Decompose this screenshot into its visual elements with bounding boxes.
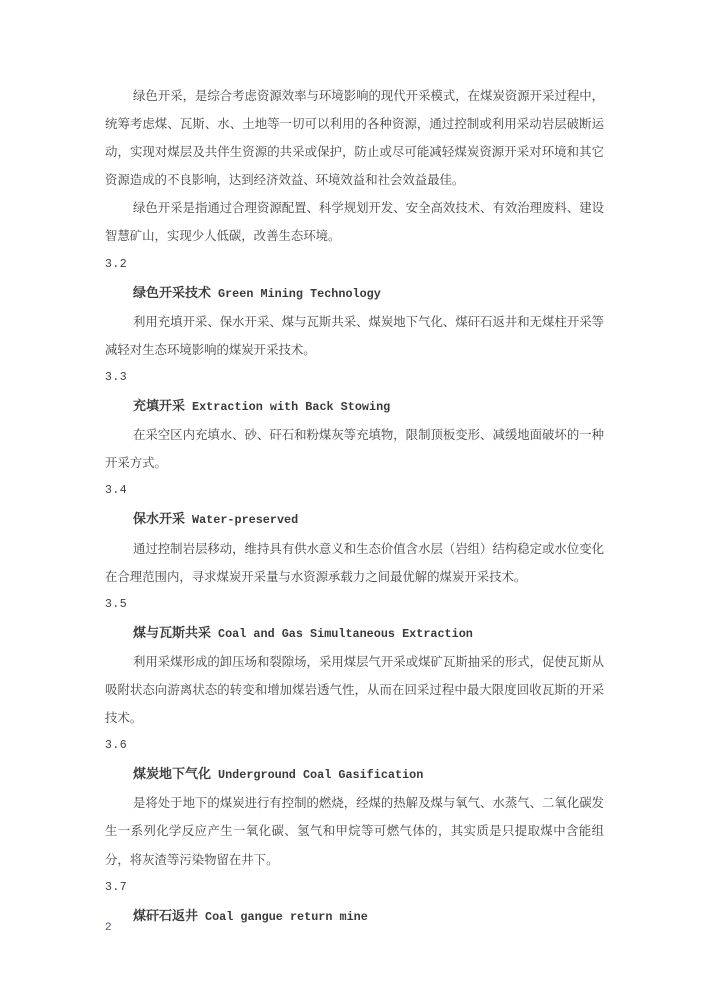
term-heading: 煤与瓦斯共采Coal and Gas Simultaneous Extracti… [105, 619, 604, 648]
term-en: Coal and Gas Simultaneous Extraction [218, 627, 473, 641]
section-3-4: 3.4 保水开采Water-preserved 通过控制岩层移动，维持具有供水意… [105, 477, 604, 590]
section-number: 3.6 [105, 732, 604, 760]
section-number: 3.3 [105, 364, 604, 392]
definition-paragraph: 是将处于地下的煤炭进行有控制的燃烧，经煤的热解及煤与氧气、水蒸气、二氧化碳发生一… [105, 789, 604, 873]
section-number: 3.5 [105, 591, 604, 619]
term-en: Extraction with Back Stowing [192, 400, 390, 414]
term-en: Water-preserved [192, 513, 298, 527]
definition-paragraph: 利用采煤形成的卸压场和裂隙场，采用煤层气开采或煤矿瓦斯抽采的形式，促使瓦斯从吸附… [105, 648, 604, 732]
section-3-2: 3.2 绿色开采技术Green Mining Technology 利用充填开采… [105, 251, 604, 364]
section-3-6: 3.6 煤炭地下气化Underground Coal Gasification … [105, 732, 604, 873]
term-heading: 煤炭地下气化Underground Coal Gasification [105, 760, 604, 789]
term-zh: 充填开采 [133, 398, 185, 413]
section-3-5: 3.5 煤与瓦斯共采Coal and Gas Simultaneous Extr… [105, 591, 604, 732]
term-en: Underground Coal Gasification [218, 768, 423, 782]
section-number: 3.7 [105, 874, 604, 902]
definition-paragraph: 通过控制岩层移动，维持具有供水意义和生态价值含水层（岩组）结构稳定或水位变化在合… [105, 535, 604, 591]
intro-paragraph-1: 绿色开采，是综合考虑资源效率与环境影响的现代开采模式，在煤炭资源开采过程中，统筹… [105, 82, 604, 194]
section-3-7: 3.7 煤矸石返井Coal gangue return mine [105, 874, 604, 931]
page-number: 2 [105, 921, 112, 935]
intro-paragraph-2: 绿色开采是指通过合理资源配置、科学规划开发、安全高效技术、有效治理废料、建设智慧… [105, 194, 604, 250]
term-heading: 煤矸石返井Coal gangue return mine [105, 902, 604, 931]
term-en: Coal gangue return mine [205, 910, 368, 924]
term-zh: 保水开采 [133, 511, 185, 526]
definition-paragraph: 利用充填开采、保水开采、煤与瓦斯共采、煤炭地下气化、煤矸石返井和无煤柱开采等减轻… [105, 308, 604, 364]
section-number: 3.4 [105, 477, 604, 505]
definition-paragraph: 在采空区内充填水、砂、矸石和粉煤灰等充填物，限制顶板变形、减缓地面破坏的一种开采… [105, 421, 604, 477]
document-body: 绿色开采，是综合考虑资源效率与环境影响的现代开采模式，在煤炭资源开采过程中，统筹… [105, 82, 604, 931]
section-number: 3.2 [105, 251, 604, 279]
term-zh: 煤矸石返井 [133, 908, 198, 923]
term-en: Green Mining Technology [218, 287, 381, 301]
term-heading: 保水开采Water-preserved [105, 505, 604, 534]
term-heading: 绿色开采技术Green Mining Technology [105, 279, 604, 308]
section-3-3: 3.3 充填开采Extraction with Back Stowing 在采空… [105, 364, 604, 477]
term-zh: 煤炭地下气化 [133, 766, 211, 781]
term-heading: 充填开采Extraction with Back Stowing [105, 392, 604, 421]
term-zh: 绿色开采技术 [133, 285, 211, 300]
term-zh: 煤与瓦斯共采 [133, 625, 211, 640]
